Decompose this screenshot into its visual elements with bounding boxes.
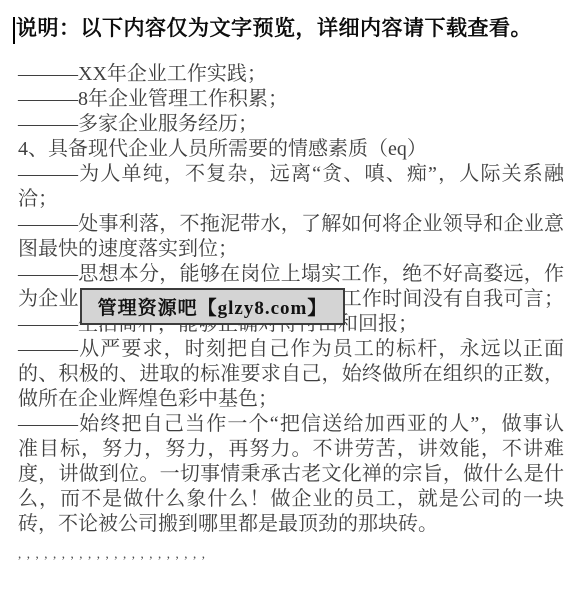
text-line: 4、具备现代企业人员所需要的情感素质（eq）: [18, 137, 564, 162]
text-line: 图最快的速度落实到位；: [18, 237, 564, 262]
text-line: ———从严要求，时刻把自己作为员工的标杆，永远以正面: [18, 337, 564, 362]
text-line: ———始终把自己当作一个“把信送给加西亚的人”，做事认: [18, 412, 564, 437]
text-line: ———处事利落，不拖泥带水，了解如何将企业领导和企业意: [18, 212, 564, 237]
text-line: 洽；: [18, 187, 564, 212]
preview-notice-title: 说明：以下内容仅为文字预览，详细内容请下载查看。: [16, 14, 564, 44]
text-line: ———8年企业管理工作积累；: [18, 87, 564, 112]
text-line: 砖，不论被公司搬到哪里都是最顶劲的那块砖。: [18, 512, 564, 537]
document-preview-page: 说明：以下内容仅为文字预览，详细内容请下载查看。 ———XX年企业工作实践； —…: [0, 0, 578, 600]
text-line: ———XX年企业工作实践；: [18, 62, 564, 87]
watermark-text: 管理资源吧【glzy8.com】: [98, 293, 328, 320]
text-line: 做所在企业辉煌色彩中基色；: [18, 387, 564, 412]
text-line: 准目标，努力，努力，再努力。不讲劳苦，讲效能，不讲难: [18, 437, 564, 462]
text-line: 的、积极的、进取的标准要求自己，始终做所在组织的正数，: [18, 362, 564, 387]
text-line: 度，讲做到位。一切事情秉承古老文化禅的宗旨，做什么是什: [18, 462, 564, 487]
watermark-badge: 管理资源吧【glzy8.com】: [80, 288, 345, 325]
text-cursor: [13, 17, 15, 44]
ellipsis-line: ,,,,,,,,,,,,,,,,,,,,,,: [18, 537, 564, 568]
text-line: ———思想本分，能够在岗位上塌实工作，绝不好高婺远，作: [18, 262, 564, 287]
text-line: ———多家企业服务经历；: [18, 112, 564, 137]
text-line: 么，而不是做什么象什么！做企业的员工，就是公司的一块: [18, 487, 564, 512]
text-line: ———为人单纯，不复杂，远离“贪、嗔、痴”，人际关系融: [18, 162, 564, 187]
